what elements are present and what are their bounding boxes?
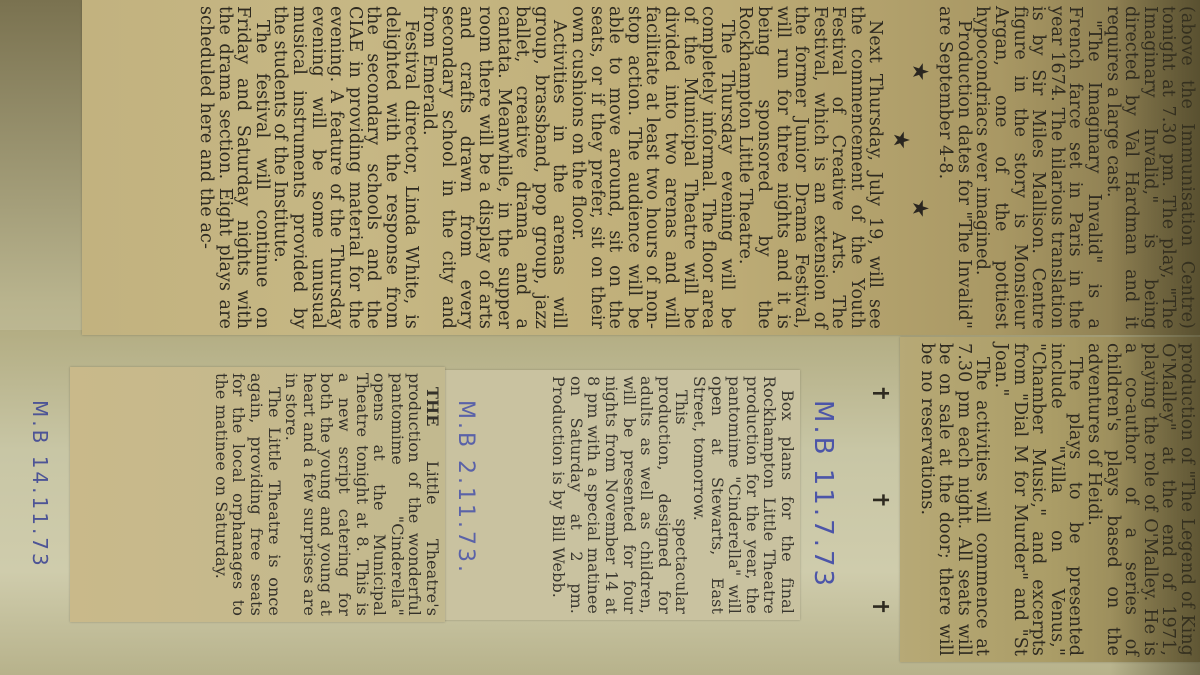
article-paragraph: Activities in the arenas will group, bra…: [420, 6, 569, 329]
little-theatre-clipping: THE Little Theatre's production of the w…: [70, 367, 445, 622]
article-paragraph: The plays to be presented include "Villa…: [991, 343, 1084, 656]
cross-mark-icon: ✝: [868, 597, 893, 615]
photo-shadow: [1110, 0, 1200, 675]
article-paragraph: Festival director, Linda White, is delig…: [271, 6, 420, 329]
handwritten-date-note: M.B 11.7.73: [808, 400, 838, 589]
cross-mark-icon: ✝: [868, 491, 893, 509]
article-paragraph: The activities will commence at 7.30 pm …: [917, 343, 991, 656]
handwritten-date-note: M.B 14.11.73: [28, 400, 52, 569]
article-paragraph: The festival will continue on Friday and…: [197, 6, 271, 329]
article-paragraph: The Thursday evening will be completely …: [568, 6, 735, 329]
article-paragraph: This spectacular production, designed fo…: [550, 376, 691, 614]
scrapbook-page: (above the Immunisation Centre) tonight …: [0, 0, 1200, 675]
cinderella-box-plans-clipping: Box plans for the final Rockhampton Litt…: [435, 370, 800, 620]
article-lead-word: THE: [423, 387, 442, 427]
article-paragraph: The Little Theatre is once again, provid…: [212, 373, 282, 616]
star-separator-icon: ★ ★ ★: [891, 6, 928, 329]
article-paragraph: "The Imaginary Invalid" is a French farc…: [973, 6, 1103, 329]
cross-marks: ✝ ✝ ✝: [860, 340, 900, 660]
article-paragraph: Next Thursday, July 19, will see the com…: [736, 6, 885, 329]
article-paragraph: Production dates for "The Invalid" are S…: [936, 6, 973, 329]
cross-mark-icon: ✝: [868, 384, 893, 402]
festival-article-clipping: (above the Immunisation Centre) tonight …: [82, 0, 1200, 335]
article-paragraph: Little Theatre's production of the wonde…: [282, 373, 442, 616]
article-paragraph: Box plans for the final Rockhampton Litt…: [690, 376, 796, 614]
handwritten-date-note: M.B 2.11.73.: [453, 400, 478, 575]
